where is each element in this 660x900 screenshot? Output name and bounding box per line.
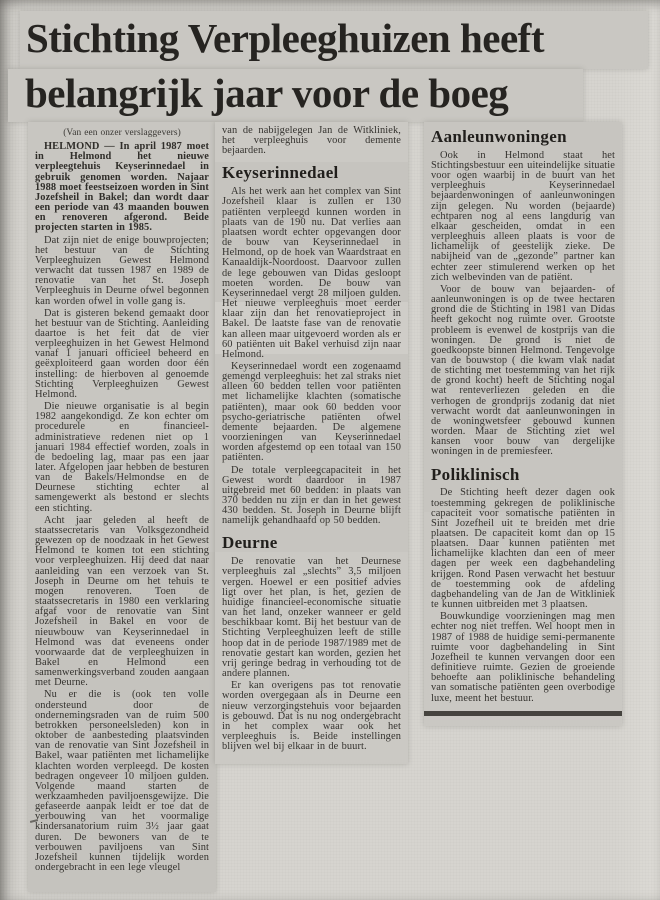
lead-paragraph: HELMOND — In april 1987 moet in Helmond … [35,142,209,233]
paragraph: Ook in Helmond staat het Stichtingsbestu… [431,151,615,283]
section-heading-aanleunwoningen: Aanleunwoningen [431,128,615,146]
paragraph: De renovatie van het Deurnese verpleeghu… [222,557,401,679]
headline-line-1: Stichting Verpleeghuizen heeft [26,18,648,60]
section-heading-deurne: Deurne [222,534,401,552]
paragraph: De totale verpleegcapaciteit in het Gewe… [222,466,401,527]
paragraph: Als het werk aan het complex van Sint Jo… [222,187,401,360]
headline-patch-2: belangrijk jaar voor de boeg [8,69,583,122]
column-3: Aanleunwoningen Ook in Helmond staat het… [424,122,622,726]
section-heading-keyserinnedael: Keyserinnedael [222,164,401,182]
headline-patch-1: Stichting Verpleeghuizen heeft [20,11,648,69]
paragraph: Dat is gisteren bekend gemaakt door het … [35,309,209,400]
paragraph: Dat zijn niet de enige bouwprojecten; he… [35,236,209,307]
headline-line-2: belangrijk jaar voor de boeg [25,73,583,115]
paragraph: Bouwkundige voorzieningen mag men echter… [431,612,615,703]
bottom-rule [424,711,622,716]
paragraph: Er kan overigens pas tot renovatie worde… [222,681,401,752]
paragraph: Die nieuwe organisatie is al begin 1982 … [35,402,209,514]
column-1: (Van een onzer verslaggevers) HELMOND — … [28,122,216,892]
paragraph: De Stichting heeft dezer dagen ook toest… [431,488,615,610]
paragraph: Voor de bouw van bejaarden- of aanleunwo… [431,285,615,458]
continuation-paragraph: van de nabijgelegen Jan de Witkliniek, h… [222,126,401,156]
column-2: van de nabijgelegen Jan de Witkliniek, h… [215,122,408,764]
paragraph: Keyserinnedael wordt een zogenaamd gemen… [222,362,401,464]
paragraph: Acht jaar geleden al heeft de staatssecr… [35,516,209,689]
paragraph: Nu er die is (ook ten volle ondersteund … [35,690,209,873]
newspaper-page: Stichting Verpleeghuizen heeft belangrij… [0,0,660,900]
section-heading-poliklinisch: Poliklinisch [431,466,615,484]
byline: (Van een onzer verslaggevers) [35,128,209,138]
